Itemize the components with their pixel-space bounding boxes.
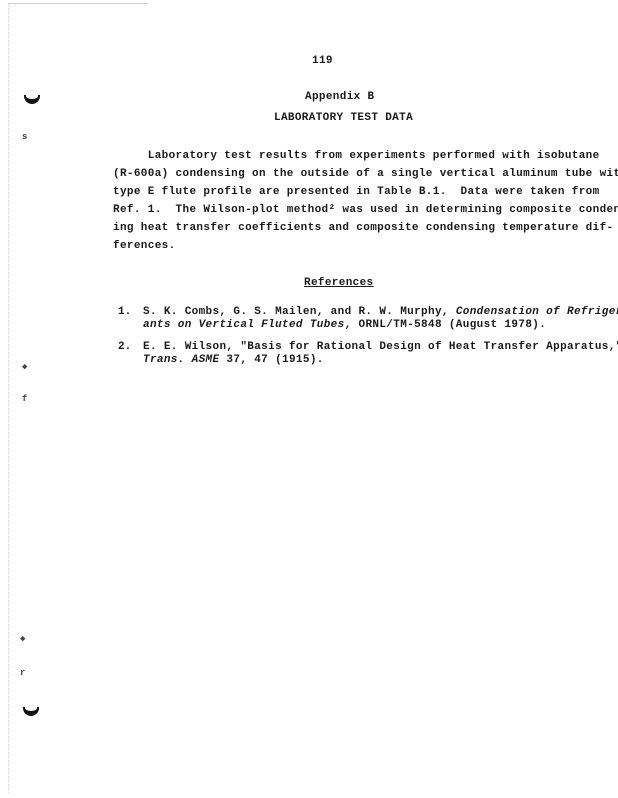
references-title: References: [304, 277, 374, 289]
reference-authors: S. K. Combs, G. S. Mailen, and R. W. Mur…: [143, 306, 456, 318]
reference-line: E. E. Wilson, "Basis for Rational Design…: [143, 341, 618, 353]
reference-line: ants on Vertical Fluted Tubes, ORNL/TM-5…: [143, 319, 546, 331]
paragraph-line: Laboratory test results from experiments…: [113, 150, 600, 162]
reference-source: 37, 47 (1915).: [219, 354, 323, 366]
reference-title: Condensation of Refriger-: [456, 306, 618, 318]
paragraph-line: ferences.: [113, 240, 176, 252]
appendix-subheading: LABORATORY TEST DATA: [274, 112, 413, 124]
paragraph-line: (R-600a) condensing on the outside of a …: [113, 168, 618, 180]
page-edge-top: [8, 3, 148, 4]
margin-speck: r: [20, 668, 25, 678]
binding-hole-bottom: [23, 707, 39, 716]
paragraph-line: ing heat transfer coefficients and compo…: [113, 222, 613, 234]
reference-number: 1.: [118, 306, 131, 318]
binding-hole-top: [24, 95, 40, 104]
reference-journal: Trans. ASME: [143, 354, 219, 366]
reference-number: 2.: [118, 341, 131, 353]
reference-source: , ORNL/TM-5848 (August 1978).: [345, 319, 547, 331]
page-edge-left: [8, 3, 9, 793]
paragraph-line: Ref. 1. The Wilson-plot method² was used…: [113, 204, 618, 216]
reference-line: Trans. ASME 37, 47 (1915).: [143, 354, 324, 366]
margin-speck: f: [22, 394, 27, 404]
page-number: 119: [312, 55, 333, 67]
paragraph-line: type E flute profile are presented in Ta…: [113, 186, 600, 198]
margin-speck: s: [22, 132, 27, 142]
reference-line: S. K. Combs, G. S. Mailen, and R. W. Mur…: [143, 306, 618, 318]
reference-title: ants on Vertical Fluted Tubes: [143, 319, 345, 331]
appendix-heading: Appendix B: [305, 91, 375, 103]
margin-speck: ◆: [20, 634, 25, 644]
margin-speck: ◆: [22, 362, 27, 372]
